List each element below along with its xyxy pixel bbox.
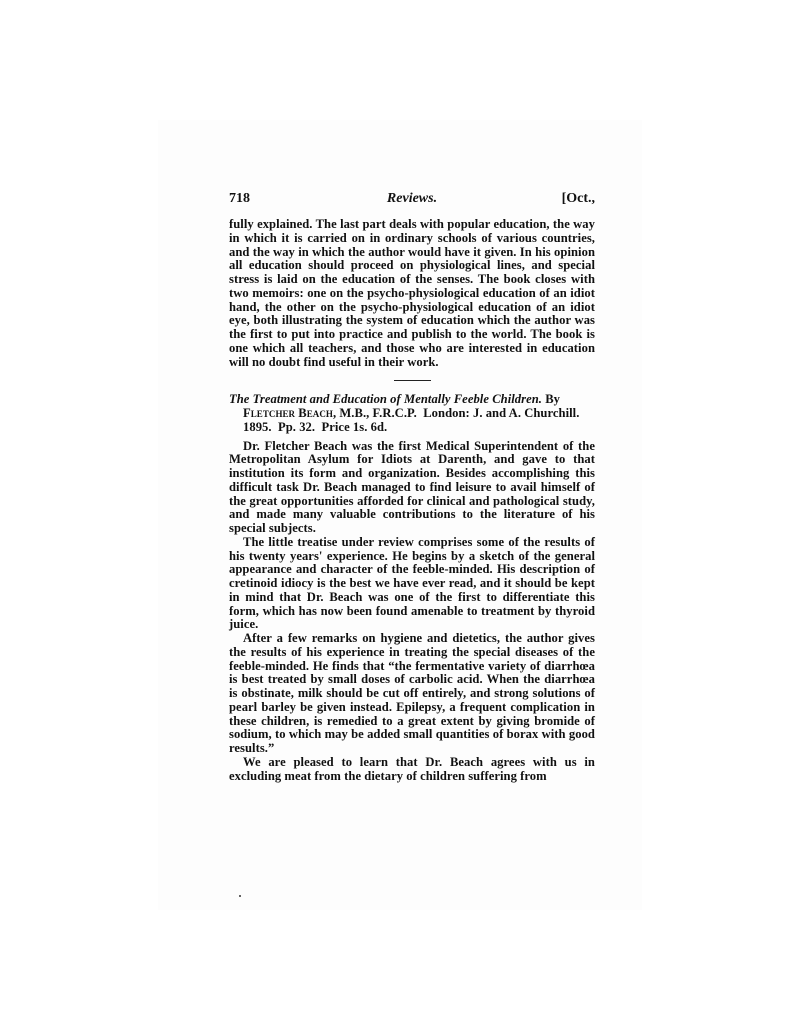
author-credentials: , M.B., F.R.C.P.: [333, 406, 417, 420]
review-paragraph: The little treatise under review compris…: [229, 536, 595, 632]
section-divider: [394, 380, 431, 381]
page-content: 718 Reviews. [Oct., fully explained. The…: [229, 190, 595, 783]
review-paragraph: Dr. Fletcher Beach was the first Medical…: [229, 440, 595, 536]
body-text: fully explained. The last part deals wit…: [229, 218, 595, 783]
book-publisher: London: J. and A. Churchill.: [423, 406, 579, 420]
running-title: Reviews.: [229, 190, 595, 208]
book-pages: Pp. 32.: [278, 420, 315, 434]
running-date: [Oct.,: [562, 190, 595, 208]
book-year: 1895.: [243, 420, 272, 434]
book-author: Fletcher Beach: [243, 406, 333, 420]
book-price: Price 1s. 6d.: [322, 420, 388, 434]
continued-paragraph: fully explained. The last part deals wit…: [229, 218, 595, 369]
scan-speck: [239, 895, 241, 897]
running-head: 718 Reviews. [Oct.,: [229, 190, 595, 208]
review-paragraph: After a few remarks on hygiene and diete…: [229, 632, 595, 756]
review-paragraph: We are pleased to learn that Dr. Beach a…: [229, 756, 595, 784]
book-title: The Treatment and Education of Mentally …: [229, 392, 542, 406]
citation-by: By: [545, 392, 560, 406]
book-citation: The Treatment and Education of Mentally …: [229, 393, 595, 434]
